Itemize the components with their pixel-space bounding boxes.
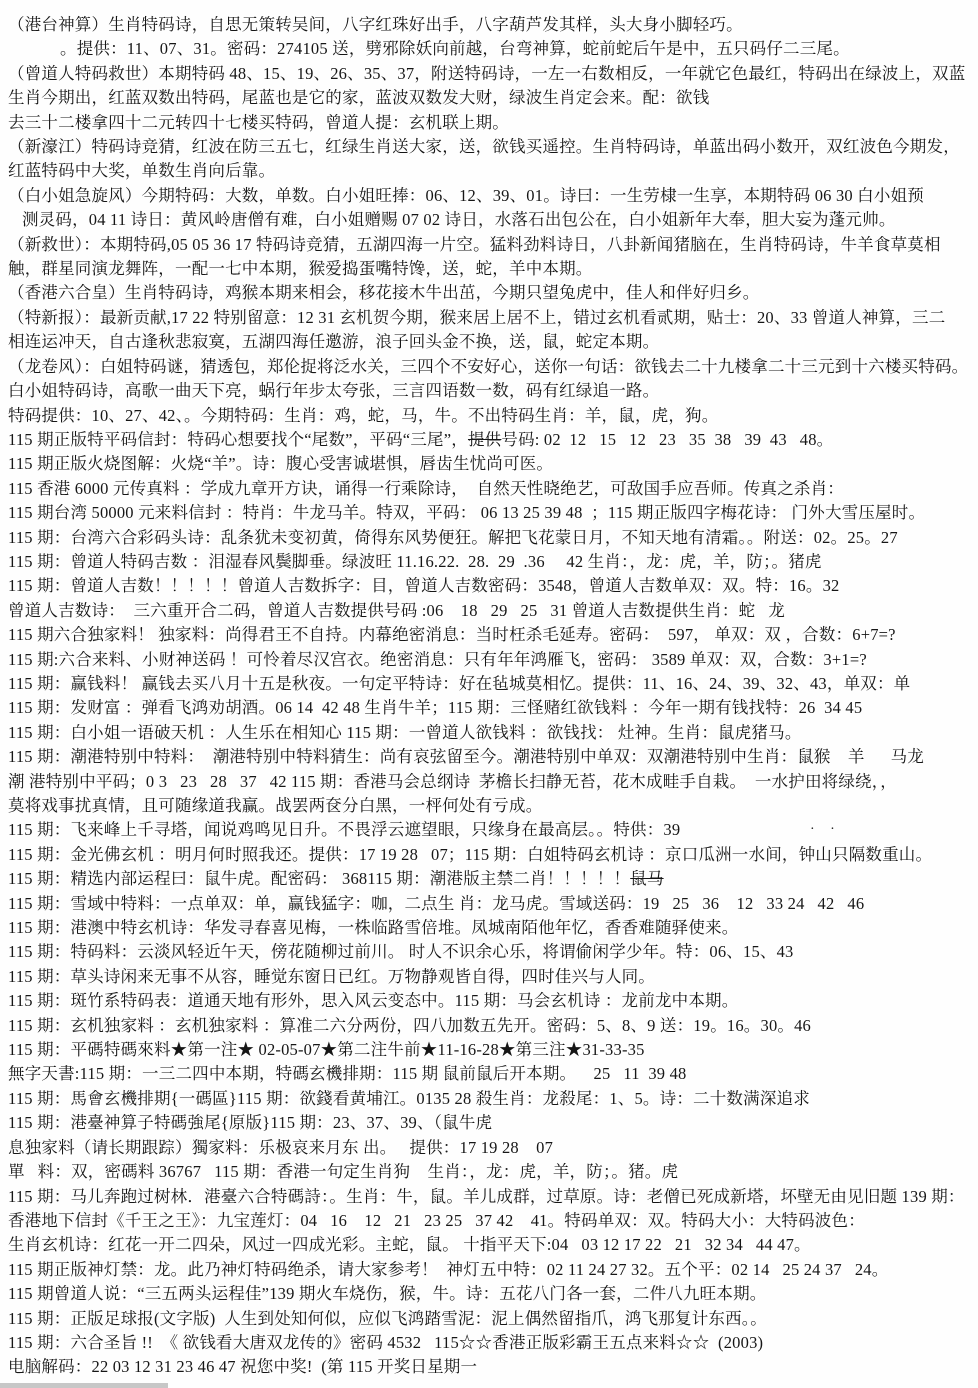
text-segment: 115 期：赢钱料！ 赢钱去买八月十五是秋夜。一句定平特诗：好在毡城莫相忆。提供… <box>8 674 910 693</box>
text-line: 115 期：草头诗闲来无事不从容，睡觉东窗日已红。万物静观皆自得，四时佳兴与人同… <box>0 965 978 989</box>
text-segment: 115 期：雪域中特料：一点单双：单，赢钱猛字：咖，二点生 肖：龙马虎。雪域送码… <box>8 894 864 913</box>
text-segment: 115 期：港臺神算子特碼強尾{原版}115 期：23、37、39、（鼠牛虎 <box>8 1113 492 1132</box>
text-line: 115 期六合独家料！ 独家料：尚得君王不自持。内幕绝密消息：当时枉杀毛延寿。密… <box>0 623 978 647</box>
text-line: （新濠江）特码诗竞猜，红波在防三五七，红绿生肖送大家，送，欲钱买遥控。生肖特码诗… <box>0 135 978 159</box>
text-line: 测灵码，04 11 诗日：黄风岭唐僧有难，白小姐赠赐 07 02 诗日，水落石出… <box>0 208 978 232</box>
text-line: （龙卷风）：白姐特码谜，猜透包，郑伦捉将泛水关，三四个不安好心，送你一句话：欲钱… <box>0 355 978 379</box>
text-line: 特码提供：10、27、42、。今期特码：生肖：鸡，蛇，马，牛。不出特码生肖：羊，… <box>0 404 978 428</box>
text-line: 生肖玄机诗：红花一开二四朵，风过一四成光彩。主蛇，鼠。 十指平天下:04 03 … <box>0 1233 978 1257</box>
text-line: （曾道人特码救世）本期特码 48、15、19、26、35、37，附送特码诗，一左… <box>0 62 978 86</box>
text-segment: 115 期：玄机独家料 ：玄机独家料 ：算准二六分两份，四八加数五先开。密码：5… <box>8 1016 811 1035</box>
text-segment: 115 期：正版足球报(文字版) 人生到处知何似，应似飞鸿踏雪泥：泥上偶然留指爪… <box>8 1309 767 1328</box>
text-line: 115 期：正版足球报(文字版) 人生到处知何似，应似飞鸿踏雪泥：泥上偶然留指爪… <box>0 1307 978 1331</box>
text-segment: 115 期：马儿奔跑过树林．港臺六合特碼詩：。生肖：牛，鼠。羊儿成群，过草原。诗… <box>8 1187 965 1206</box>
text-line: 115 期：平碼特碼來料★第一注★ 02-05-07★第二注牛前★11-16-2… <box>0 1038 978 1062</box>
text-line: 潮 港特别中平码；0 3 23 28 37 42 115 期：香港马会总纲诗 茅… <box>0 770 978 794</box>
text-line: 115 期正版特平码信封：特码心想要找个“尾数”，平码“三尾”，提供号码: 02… <box>0 428 978 452</box>
text-segment: 115 期:六合来料、小财神送码 ！可怜着尽汉宫衣。绝密消息：只有年年鸿雁飞，密… <box>8 650 867 669</box>
text-segment: 息独家料（请长期跟踪）獨家料：乐极哀来月东 出。 提供：17 19 28 07 <box>8 1138 553 1157</box>
text-line: 單 料：双，密碼料 36767 115 期：香港一句定生肖狗 生肖：，龙：虎，羊… <box>0 1160 978 1184</box>
text-line: （特新报）：最新贡献,17 22 特别留意：12 31 玄机贺今期，猴来居上居不… <box>0 306 978 330</box>
text-segment: 115 香港 6000 元传真料 ：学成九章开方诀，诵得一行乘除诗， 自然天性晓… <box>8 479 844 498</box>
text-line: 115 香港 6000 元传真料 ：学成九章开方诀，诵得一行乘除诗， 自然天性晓… <box>0 477 978 501</box>
text-line: 115 期：赢钱料！ 赢钱去买八月十五是秋夜。一句定平特诗：好在毡城莫相忆。提供… <box>0 672 978 696</box>
text-segment: 115 期六合独家料！ 独家料：尚得君王不自持。内幕绝密消息：当时枉杀毛延寿。密… <box>8 625 896 644</box>
text-line: 触，群星同演龙舞阵，一配一七中本期，猴爱捣蛋嘴特馋，送，蛇，羊中本期。 <box>0 257 978 281</box>
text-line: （香港六合皇）生肖特码诗，鸡猴本期来相会，移花接木牛出茁，今期只望兔虎中，佳人和… <box>0 281 978 305</box>
text-segment: 潮 港特别中平码；0 3 23 28 37 42 115 期：香港马会总纲诗 茅… <box>8 772 897 791</box>
text-segment: 115 期正版火烧图解：火烧“羊”。诗：腹心受害诚堪惧，唇齿生忧尚可医。 <box>8 454 553 473</box>
text-line: 去三十二楼拿四十二元转四十七楼买特码，曾道人提：玄机联上期。 <box>0 111 978 135</box>
text-segment: 115 期：金光佛玄机 ：明月何时照我还。提供：17 19 28 07；115 … <box>8 845 932 864</box>
text-line: 115 期:六合来料、小财神送码 ！可怜着尽汉宫衣。绝密消息：只有年年鸿雁飞，密… <box>0 648 978 672</box>
text-segment: 。提供：11、07、31。密码：274105 送，劈邪除妖向前越，台弯神算，蛇前… <box>60 39 850 58</box>
text-segment: 115 期正版特平码信封：特码心想要找个“尾数”，平码“三尾”， <box>8 430 468 449</box>
text-segment: 特码提供：10、27、42、。今期特码：生肖：鸡，蛇，马，牛。不出特码生肖：羊，… <box>8 406 718 425</box>
struck-text: 鼠马 <box>630 869 663 888</box>
text-segment: 莫将戏事扰真情，且可随缘道我赢。战罢两奁分白黑，一枰何处有亏成。 <box>8 796 542 815</box>
text-segment: 115 期：斑竹系特码表：道通天地有形外，思入风云变态中。115 期：马会玄机诗… <box>8 991 738 1010</box>
text-line: 115 期：馬會玄機排期{一碼區}115 期：欲錢看黄埔江。0135 28 殺生… <box>0 1087 978 1111</box>
margin-dots: · · <box>810 818 841 842</box>
text-line: 红蓝特码中大奖，单数生肖向后靠。 <box>0 159 978 183</box>
document-body: （港台神算）生肖特码诗，自思无策转吴间，八字红珠好出手，八字葫芦发其样，头大身小… <box>0 13 978 1380</box>
text-segment: （龙卷风）：白姐特码谜，猜透包，郑伦捉将泛水关，三四个不安好心，送你一句话：欲钱… <box>8 357 968 376</box>
lottery-tipsheet-document: （港台神算）生肖特码诗，自思无策转吴间，八字红珠好出手，八字葫芦发其样，头大身小… <box>0 0 978 1388</box>
text-segment: 115 期：白小姐一语破天机 ：人生乐在相知心 115 期：一曾道人欲钱料 ：欲… <box>8 723 802 742</box>
text-segment: 测灵码，04 11 诗日：黄风岭唐僧有难，白小姐赠赐 07 02 诗日，水落石出… <box>22 210 896 229</box>
text-line: 115 期：发财富 ：弹看飞鸿劝胡酒。06 14 42 48 生肖牛羊；115 … <box>0 696 978 720</box>
text-line: 115 期：台湾六合彩码头诗：乱条犹未变初黄，倚得东风势便狂。解把飞花蒙日月，不… <box>0 526 978 550</box>
text-line: 115 期台湾 50000 元来料信封 ：特肖：牛龙马羊。特双，平码： 06 1… <box>0 501 978 525</box>
text-segment: 生肖玄机诗：红花一开二四朵，风过一四成光彩。主蛇，鼠。 十指平天下:04 03 … <box>8 1235 811 1254</box>
text-segment: （新濠江）特码诗竞猜，红波在防三五七，红绿生肖送大家，送，欲钱买遥控。生肖特码诗… <box>8 137 960 156</box>
text-line: 115 期：白小姐一语破天机 ：人生乐在相知心 115 期：一曾道人欲钱料 ：欲… <box>0 721 978 745</box>
text-segment: 無字天書:115 期：一三二四中本期，特碼玄機排期：115 期 鼠前鼠后开本期。… <box>8 1064 686 1083</box>
text-segment: 115 期：港澳中特玄机诗：华发寻春喜见梅，一株临路雪倍堆。凤城南陌他年忆，香香… <box>8 918 738 937</box>
text-segment: 115 期：精选内部运程曰：鼠牛虎。配密码： 368115 期：潮港版主禁二肖！… <box>8 869 630 888</box>
text-line: 115 期：港臺神算子特碼強尾{原版}115 期：23、37、39、（鼠牛虎 <box>0 1111 978 1135</box>
text-line: 115 期：六合圣旨 !! 《 欲钱看大唐双龙传的》密码 4532 115☆☆香… <box>0 1331 978 1355</box>
text-segment: 生肖今期出，红蓝双数出特码，尾蓝也是它的家，蓝波双数发大财，绿波生肖定会来。配：… <box>8 88 709 107</box>
text-segment: 115 期：台湾六合彩码头诗：乱条犹未变初黄，倚得东风势便狂。解把飞花蒙日月，不… <box>8 528 898 547</box>
text-segment: （白小姐急旋风）今期特码：大数，单数。白小姐旺捧：06、12、39、01。诗曰：… <box>8 186 924 205</box>
text-line: 相连运冲天，自古逢秋悲寂寞，五湖四海任邀游，浪子回头金不换，送，鼠，蛇定本期。 <box>0 330 978 354</box>
text-segment: 115 期：发财富 ：弹看飞鸿劝胡酒。06 14 42 48 生肖牛羊；115 … <box>8 698 862 717</box>
text-line: 115 期：斑竹系特码表：道通天地有形外，思入风云变态中。115 期：马会玄机诗… <box>0 989 978 1013</box>
text-segment: （香港六合皇）生肖特码诗，鸡猴本期来相会，移花接木牛出茁，今期只望兔虎中，佳人和… <box>8 283 760 302</box>
text-line: 115 期曾道人说：“三五两头运程佳”139 期火车烧伤，猴，牛。诗：五花八门各… <box>0 1282 978 1306</box>
text-segment: 去三十二楼拿四十二元转四十七楼买特码，曾道人提：玄机联上期。 <box>8 113 509 132</box>
text-line: （白小姐急旋风）今期特码：大数，单数。白小姐旺捧：06、12、39、01。诗曰：… <box>0 184 978 208</box>
text-line: 115 期：曾道人吉数！！！！！曾道人吉数拆字：目，曾道人吉数密码：3548，曾… <box>0 574 978 598</box>
text-segment: （特新报）：最新贡献,17 22 特别留意：12 31 玄机贺今期，猴来居上居不… <box>8 308 945 327</box>
text-segment: 115 期曾道人说：“三五两头运程佳”139 期火车烧伤，猴，牛。诗：五花八门各… <box>8 1284 767 1303</box>
text-line: 生肖今期出，红蓝双数出特码，尾蓝也是它的家，蓝波双数发大财，绿波生肖定会来。配：… <box>0 86 978 110</box>
text-line: 115 期：玄机独家料 ：玄机独家料 ：算准二六分两份，四八加数五先开。密码：5… <box>0 1014 978 1038</box>
text-line: 115 期：潮港特别中特料： 潮港特别中特料猜生：尚有哀弦留至今。潮港特别中单双… <box>0 745 978 769</box>
text-segment: 电脑解码：22 03 12 31 23 46 47 祝您中奖! (第 115 开… <box>8 1357 477 1376</box>
text-line: 115 期：金光佛玄机 ：明月何时照我还。提供：17 19 28 07；115 … <box>0 843 978 867</box>
text-segment: 号码: 02 12 15 12 23 35 38 39 43 48。 <box>501 430 833 449</box>
text-segment: 曾道人吉数诗： 三六重开合二码，曾道人吉数提供号码 :06 18 29 25 3… <box>8 601 785 620</box>
text-segment: 115 期：曾道人特码吉数 ：泪湿春风鬓脚垂。绿波旺 11.16.22. 28.… <box>8 552 822 571</box>
text-line: 115 期正版火烧图解：火烧“羊”。诗：腹心受害诚堪惧，唇齿生忧尚可医。 <box>0 452 978 476</box>
text-line: 115 期：雪域中特料：一点单双：单，赢钱猛字：咖，二点生 肖：龙马虎。雪域送码… <box>0 892 978 916</box>
text-line: （港台神算）生肖特码诗，自思无策转吴间，八字红珠好出手，八字葫芦发其样，头大身小… <box>0 13 978 37</box>
text-segment: 115 期：曾道人吉数！！！！！曾道人吉数拆字：目，曾道人吉数密码：3548，曾… <box>8 576 839 595</box>
text-segment: 115 期：平碼特碼來料★第一注★ 02-05-07★第二注牛前★11-16-2… <box>8 1040 645 1059</box>
text-line: 115 期：特码料：云淡风轻近午天，傍花随柳过前川。 时人不识余心乐，将谓偷闲学… <box>0 940 978 964</box>
text-segment: 115 期：潮港特别中特料： 潮港特别中特料猜生：尚有哀弦留至今。潮港特别中单双… <box>8 747 924 766</box>
text-segment: 115 期正版神灯禁：龙。此乃神灯特码绝杀，请大家参考！ 神灯五中特：02 11… <box>8 1260 888 1279</box>
text-line: 白小姐特码诗，高歌一曲天下亮，蜗行年步太夸张，三言四语数一数，码有红绿追一路。 <box>0 379 978 403</box>
text-segment: 單 料：双，密碼料 36767 115 期：香港一句定生肖狗 生肖：，龙：虎，羊… <box>8 1162 678 1181</box>
text-segment: 115 期：草头诗闲来无事不从容，睡觉东窗日已红。万物静观皆自得，四时佳兴与人同… <box>8 967 655 986</box>
text-line: （新救世）：本期特码,05 05 36 17 特码诗竞猜，五湖四海一片空。猛料劲… <box>0 233 978 257</box>
text-line: 115 期：马儿奔跑过树林．港臺六合特碼詩：。生肖：牛，鼠。羊儿成群，过草原。诗… <box>0 1185 978 1209</box>
text-segment: （曾道人特码救世）本期特码 48、15、19、26、35、37，附送特码诗，一左… <box>8 64 965 83</box>
text-line: 115 期正版神灯禁：龙。此乃神灯特码绝杀，请大家参考！ 神灯五中特：02 11… <box>0 1258 978 1282</box>
text-segment: 香港地下信封《千王之王》：九宝莲灯：04 16 12 21 23 25 37 4… <box>8 1211 865 1230</box>
text-line: 115 期：港澳中特玄机诗：华发寻春喜见梅，一株临路雪倍堆。凤城南陌他年忆，香香… <box>0 916 978 940</box>
text-segment: 相连运冲天，自古逢秋悲寂寞，五湖四海任邀游，浪子回头金不换，送，鼠，蛇定本期。 <box>8 332 659 351</box>
text-segment: 115 期：特码料：云淡风轻近午天，傍花随柳过前川。 时人不识余心乐，将谓偷闲学… <box>8 942 794 961</box>
text-line: 無字天書:115 期：一三二四中本期，特碼玄機排期：115 期 鼠前鼠后开本期。… <box>0 1062 978 1086</box>
struck-text: 提供 <box>468 430 501 449</box>
text-segment: 115 期：飞来峰上千寻塔，闻说鸡鸣见日升。不畏浮云遮望眼，只缘身在最高层。。特… <box>8 820 680 839</box>
text-segment: （新救世）：本期特码,05 05 36 17 特码诗竞猜，五湖四海一片空。猛料劲… <box>8 235 941 254</box>
text-segment: 红蓝特码中大奖，单数生肖向后靠。 <box>8 161 275 180</box>
text-segment: 触，群星同演龙舞阵，一配一七中本期，猴爱捣蛋嘴特馋，送，蛇，羊中本期。 <box>8 259 593 278</box>
scan-artifact <box>0 1383 168 1388</box>
text-line: 曾道人吉数诗： 三六重开合二码，曾道人吉数提供号码 :06 18 29 25 3… <box>0 599 978 623</box>
text-line: 莫将戏事扰真情，且可随缘道我赢。战罢两奁分白黑，一枰何处有亏成。 <box>0 794 978 818</box>
text-segment: 白小姐特码诗，高歌一曲天下亮，蜗行年步太夸张，三言四语数一数，码有红绿追一路。 <box>8 381 659 400</box>
text-line: 。提供：11、07、31。密码：274105 送，劈邪除妖向前越，台弯神算，蛇前… <box>0 37 978 61</box>
text-line: 115 期：精选内部运程曰：鼠牛虎。配密码： 368115 期：潮港版主禁二肖！… <box>0 867 978 891</box>
text-segment: 115 期：馬會玄機排期{一碼區}115 期：欲錢看黄埔江。0135 28 殺生… <box>8 1089 810 1108</box>
text-segment: 115 期台湾 50000 元来料信封 ：特肖：牛龙马羊。特双，平码： 06 1… <box>8 503 925 522</box>
text-line: 香港地下信封《千王之王》：九宝莲灯：04 16 12 21 23 25 37 4… <box>0 1209 978 1233</box>
text-line: 息独家料（请长期跟踪）獨家料：乐极哀来月东 出。 提供：17 19 28 07 <box>0 1136 978 1160</box>
text-segment: 115 期：六合圣旨 !! 《 欲钱看大唐双龙传的》密码 4532 115☆☆香… <box>8 1333 763 1352</box>
text-segment: （港台神算）生肖特码诗，自思无策转吴间，八字红珠好出手，八字葫芦发其样，头大身小… <box>8 15 743 34</box>
text-line: 电脑解码：22 03 12 31 23 46 47 祝您中奖! (第 115 开… <box>0 1355 978 1379</box>
text-line: 115 期：曾道人特码吉数 ：泪湿春风鬓脚垂。绿波旺 11.16.22. 28.… <box>0 550 978 574</box>
text-line: 115 期：飞来峰上千寻塔，闻说鸡鸣见日升。不畏浮云遮望眼，只缘身在最高层。。特… <box>0 818 978 842</box>
